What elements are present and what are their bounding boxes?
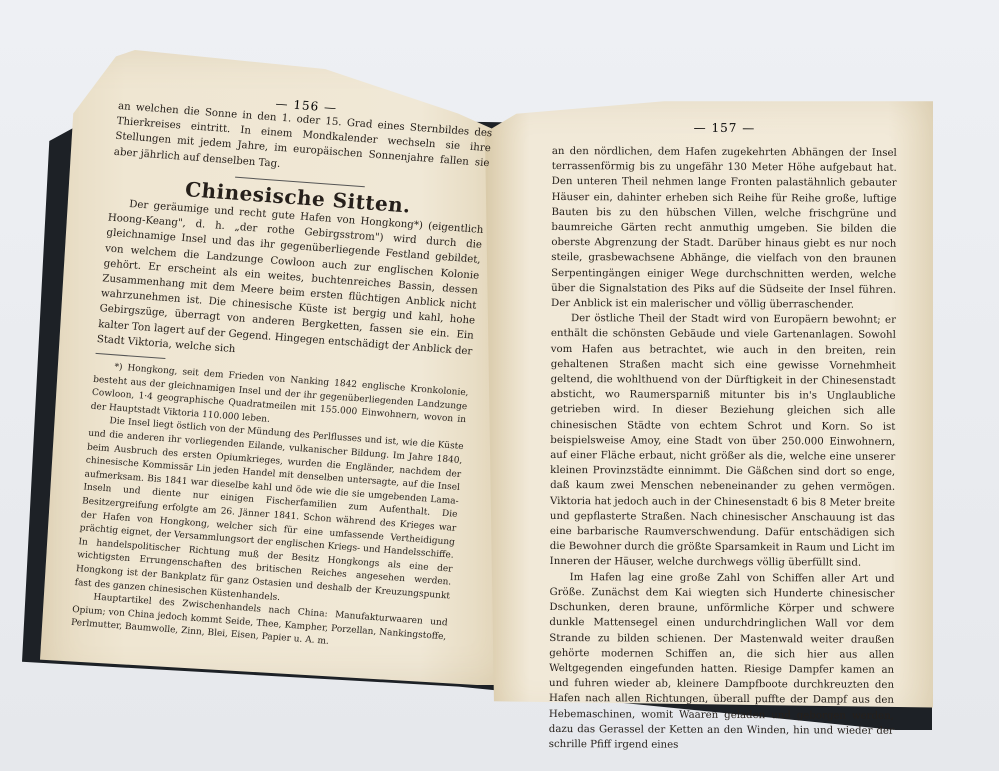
paragraph-2: Der östliche Theil der Stadt wird von Eu… bbox=[550, 311, 896, 571]
page-number-right: — 157 — bbox=[552, 120, 897, 136]
paragraph-3: Im Hafen lag eine große Zahl von Schiffe… bbox=[549, 570, 895, 754]
right-page-content: — 157 — an den nördlichen, dem Hafen zug… bbox=[549, 120, 897, 754]
footnote-divider bbox=[96, 353, 166, 359]
footnotes: *) Hongkong, seit dem Frieden von Nankin… bbox=[70, 360, 469, 658]
paragraph-1: an den nördlichen, dem Hafen zugekehrten… bbox=[551, 144, 897, 313]
left-page-content: — 156 — an welchen die Sonne in den 1. o… bbox=[70, 85, 494, 658]
right-page-text: an den nördlichen, dem Hafen zugekehrten… bbox=[549, 144, 897, 754]
left-page-text: an welchen die Sonne in den 1. oder 15. … bbox=[70, 99, 492, 658]
footnote-2: Die Insel liegt östlich von der Mündung … bbox=[74, 414, 464, 617]
body-paragraph: Der geräumige und recht gute Hafen von H… bbox=[96, 196, 484, 375]
